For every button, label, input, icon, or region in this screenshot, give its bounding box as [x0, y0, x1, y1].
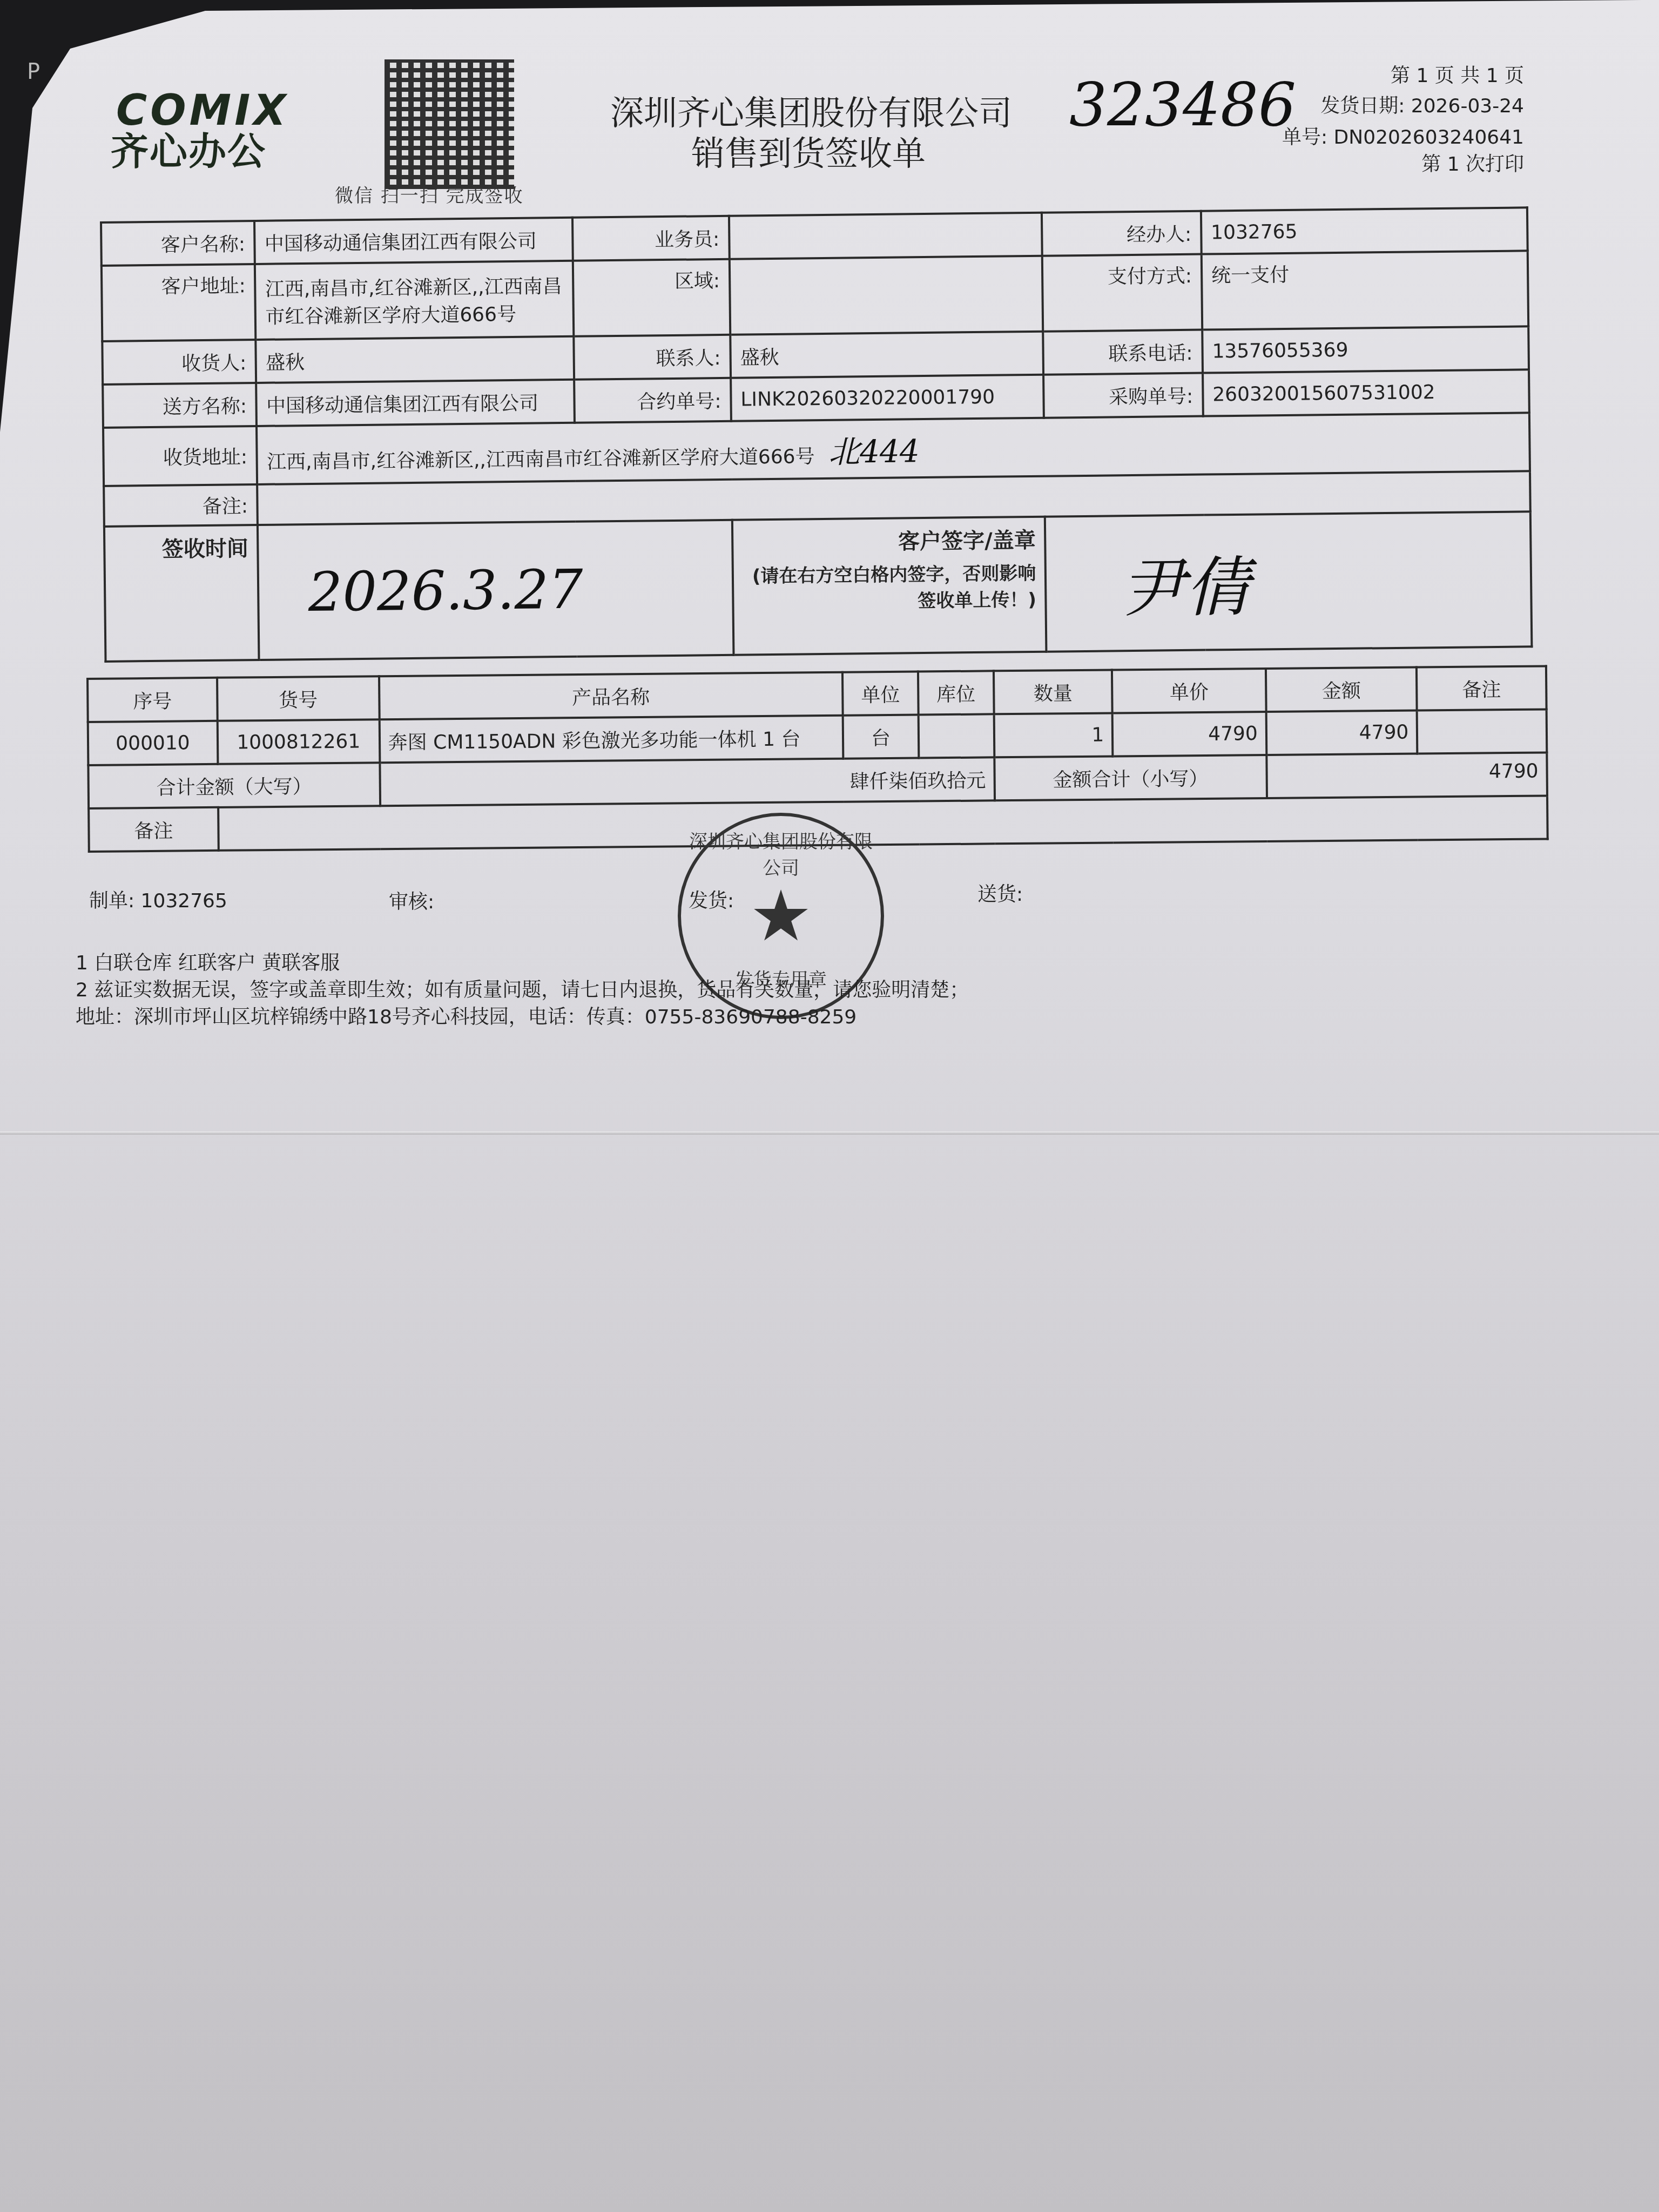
payment-method: 统一支付: [1202, 251, 1529, 329]
row-price: 4790: [1112, 712, 1266, 756]
made-by-label: 制单:: [89, 890, 134, 912]
comix-logo-cn: 齐心办公: [111, 122, 266, 176]
col-header-amount: 金额: [1266, 667, 1417, 712]
contract-no-label: 合约单号:: [574, 378, 731, 423]
sign-time-cell[interactable]: 2026.3.27: [258, 520, 733, 660]
phone-label: 联系电话:: [1043, 330, 1203, 375]
ship-date-row: 发货日期: 2026-03-24: [1320, 91, 1524, 118]
col-header-location: 库位: [918, 671, 994, 714]
customer-address: 江西,南昌市,红谷滩新区,,江西南昌市红谷滩新区学府大道666号: [255, 261, 574, 340]
handwritten-number: 323486: [1069, 70, 1296, 139]
phone: 13576055369: [1202, 326, 1529, 373]
row-unit: 台: [843, 715, 919, 759]
items-remarks-label: 备注: [89, 807, 218, 852]
seal-top-text: 深圳齐心集团股份有限公司: [681, 827, 881, 880]
delivery-address-label: 收货地址:: [103, 426, 258, 486]
page-info: 第 1 页 共 1 页: [1391, 60, 1524, 88]
sign-time-label: 签收时间: [104, 525, 259, 662]
sender-name-label: 送方名称:: [103, 383, 257, 428]
total-lower-label: 金额合计（小写）: [994, 755, 1267, 800]
ship-date: 2026-03-24: [1411, 95, 1524, 117]
order-no: DN0202603240641: [1334, 126, 1524, 149]
handler: 1032765: [1201, 207, 1528, 254]
remarks-label: 备注:: [104, 484, 258, 527]
copies-note: 1 白联仓库 红联客户 黄联客服: [76, 948, 340, 975]
print-count: 第 1 次打印: [1421, 149, 1524, 177]
contact: 盛秋: [730, 332, 1043, 378]
qr-caption: 微信 扫一扫 完成签收: [335, 181, 524, 207]
total-lower: 4790: [1266, 752, 1547, 798]
payment-label: 支付方式:: [1042, 254, 1202, 332]
order-no-row: 单号: DN0202603240641: [1282, 122, 1524, 150]
col-header-price: 单价: [1112, 669, 1266, 713]
delivery-address: 江西,南昌市,红谷滩新区,,江西南昌市红谷滩新区学府大道666号: [267, 446, 815, 474]
row-qty: 1: [994, 713, 1112, 757]
signature-cell[interactable]: 尹倩: [1045, 511, 1532, 651]
handler-label: 经办人:: [1042, 211, 1201, 256]
region-label: 区域:: [573, 259, 730, 336]
col-header-note: 备注: [1417, 666, 1546, 710]
total-upper-label: 合计金额（大写）: [88, 763, 380, 808]
deliver-label: 送货:: [977, 879, 1023, 907]
col-header-qty: 数量: [994, 670, 1112, 714]
terms-note: 2 兹证实数据无误，签字或盖章即生效；如有质量问题，请七日内退换，货品有关数量，…: [76, 975, 969, 1002]
sender-name: 中国移动通信集团江西有限公司: [257, 380, 575, 426]
customer-name-label: 客户名称:: [101, 221, 255, 266]
row-sku: 1000812261: [218, 719, 380, 764]
made-by-row: 制单: 1032765: [89, 886, 227, 913]
ship-date-label: 发货日期:: [1320, 95, 1405, 117]
qr-code-icon[interactable]: [385, 59, 514, 189]
col-header-unit: 单位: [842, 672, 918, 716]
col-header-seq: 序号: [87, 678, 217, 722]
keyboard-key-p: P: [27, 59, 40, 84]
contact-label: 联系人:: [574, 335, 731, 380]
col-header-sku: 货号: [217, 676, 380, 721]
contract-no: LINK20260320220001790: [731, 375, 1044, 421]
row-location: [919, 714, 994, 758]
delivery-address-handwritten: 北444: [828, 433, 920, 470]
purchase-no: 260320015607531002: [1203, 369, 1529, 416]
region: [730, 256, 1043, 335]
row-seq: 000010: [88, 721, 218, 765]
row-note: [1417, 709, 1547, 753]
customer-sign-label-cell: 客户签字/盖章 (请在右方空白格内签字，否则影响签收单上传！): [732, 517, 1047, 655]
customer-sign-label: 客户签字/盖章: [742, 523, 1036, 557]
customer-sign-note: (请在右方空白格内签字，否则影响签收单上传！): [743, 558, 1037, 615]
row-amount: 4790: [1266, 711, 1417, 755]
purchase-no-label: 采购单号:: [1044, 373, 1203, 418]
signature-handwritten: 尹倩: [1120, 550, 1250, 627]
salesperson-label: 业务员:: [572, 216, 730, 261]
review-label: 审核:: [389, 887, 434, 914]
col-header-name: 产品名称: [379, 672, 843, 719]
delivery-receipt-paper: COMIX 齐心办公 微信 扫一扫 完成签收 深圳齐心集团股份有限公司 销售到货…: [0, 0, 1659, 2212]
total-upper: 肆仟柒佰玖拾元: [380, 757, 995, 806]
document-title: 销售到货签收单: [691, 127, 926, 175]
receiver-label: 收货人:: [102, 340, 256, 385]
paper-fold-line: [0, 1131, 1659, 1135]
receiver: 盛秋: [256, 336, 575, 383]
order-no-label: 单号:: [1282, 126, 1327, 149]
customer-info-table: 客户名称: 中国移动通信集团江西有限公司 业务员: 经办人: 1032765 客…: [100, 206, 1533, 663]
sign-time-handwritten: 2026.3.27: [308, 557, 583, 623]
row-name: 奔图 CM1150ADN 彩色激光多功能一体机 1 台: [379, 716, 843, 763]
customer-name: 中国移动通信集团江西有限公司: [254, 218, 573, 264]
salesperson: [729, 213, 1042, 259]
company-address: 地址：深圳市坪山区坑梓锦绣中路18号齐心科技园，电话：传真：0755-83690…: [76, 1002, 857, 1029]
star-icon: ★: [750, 875, 813, 957]
customer-address-label: 客户地址:: [102, 264, 256, 341]
made-by: 1032765: [141, 890, 227, 912]
